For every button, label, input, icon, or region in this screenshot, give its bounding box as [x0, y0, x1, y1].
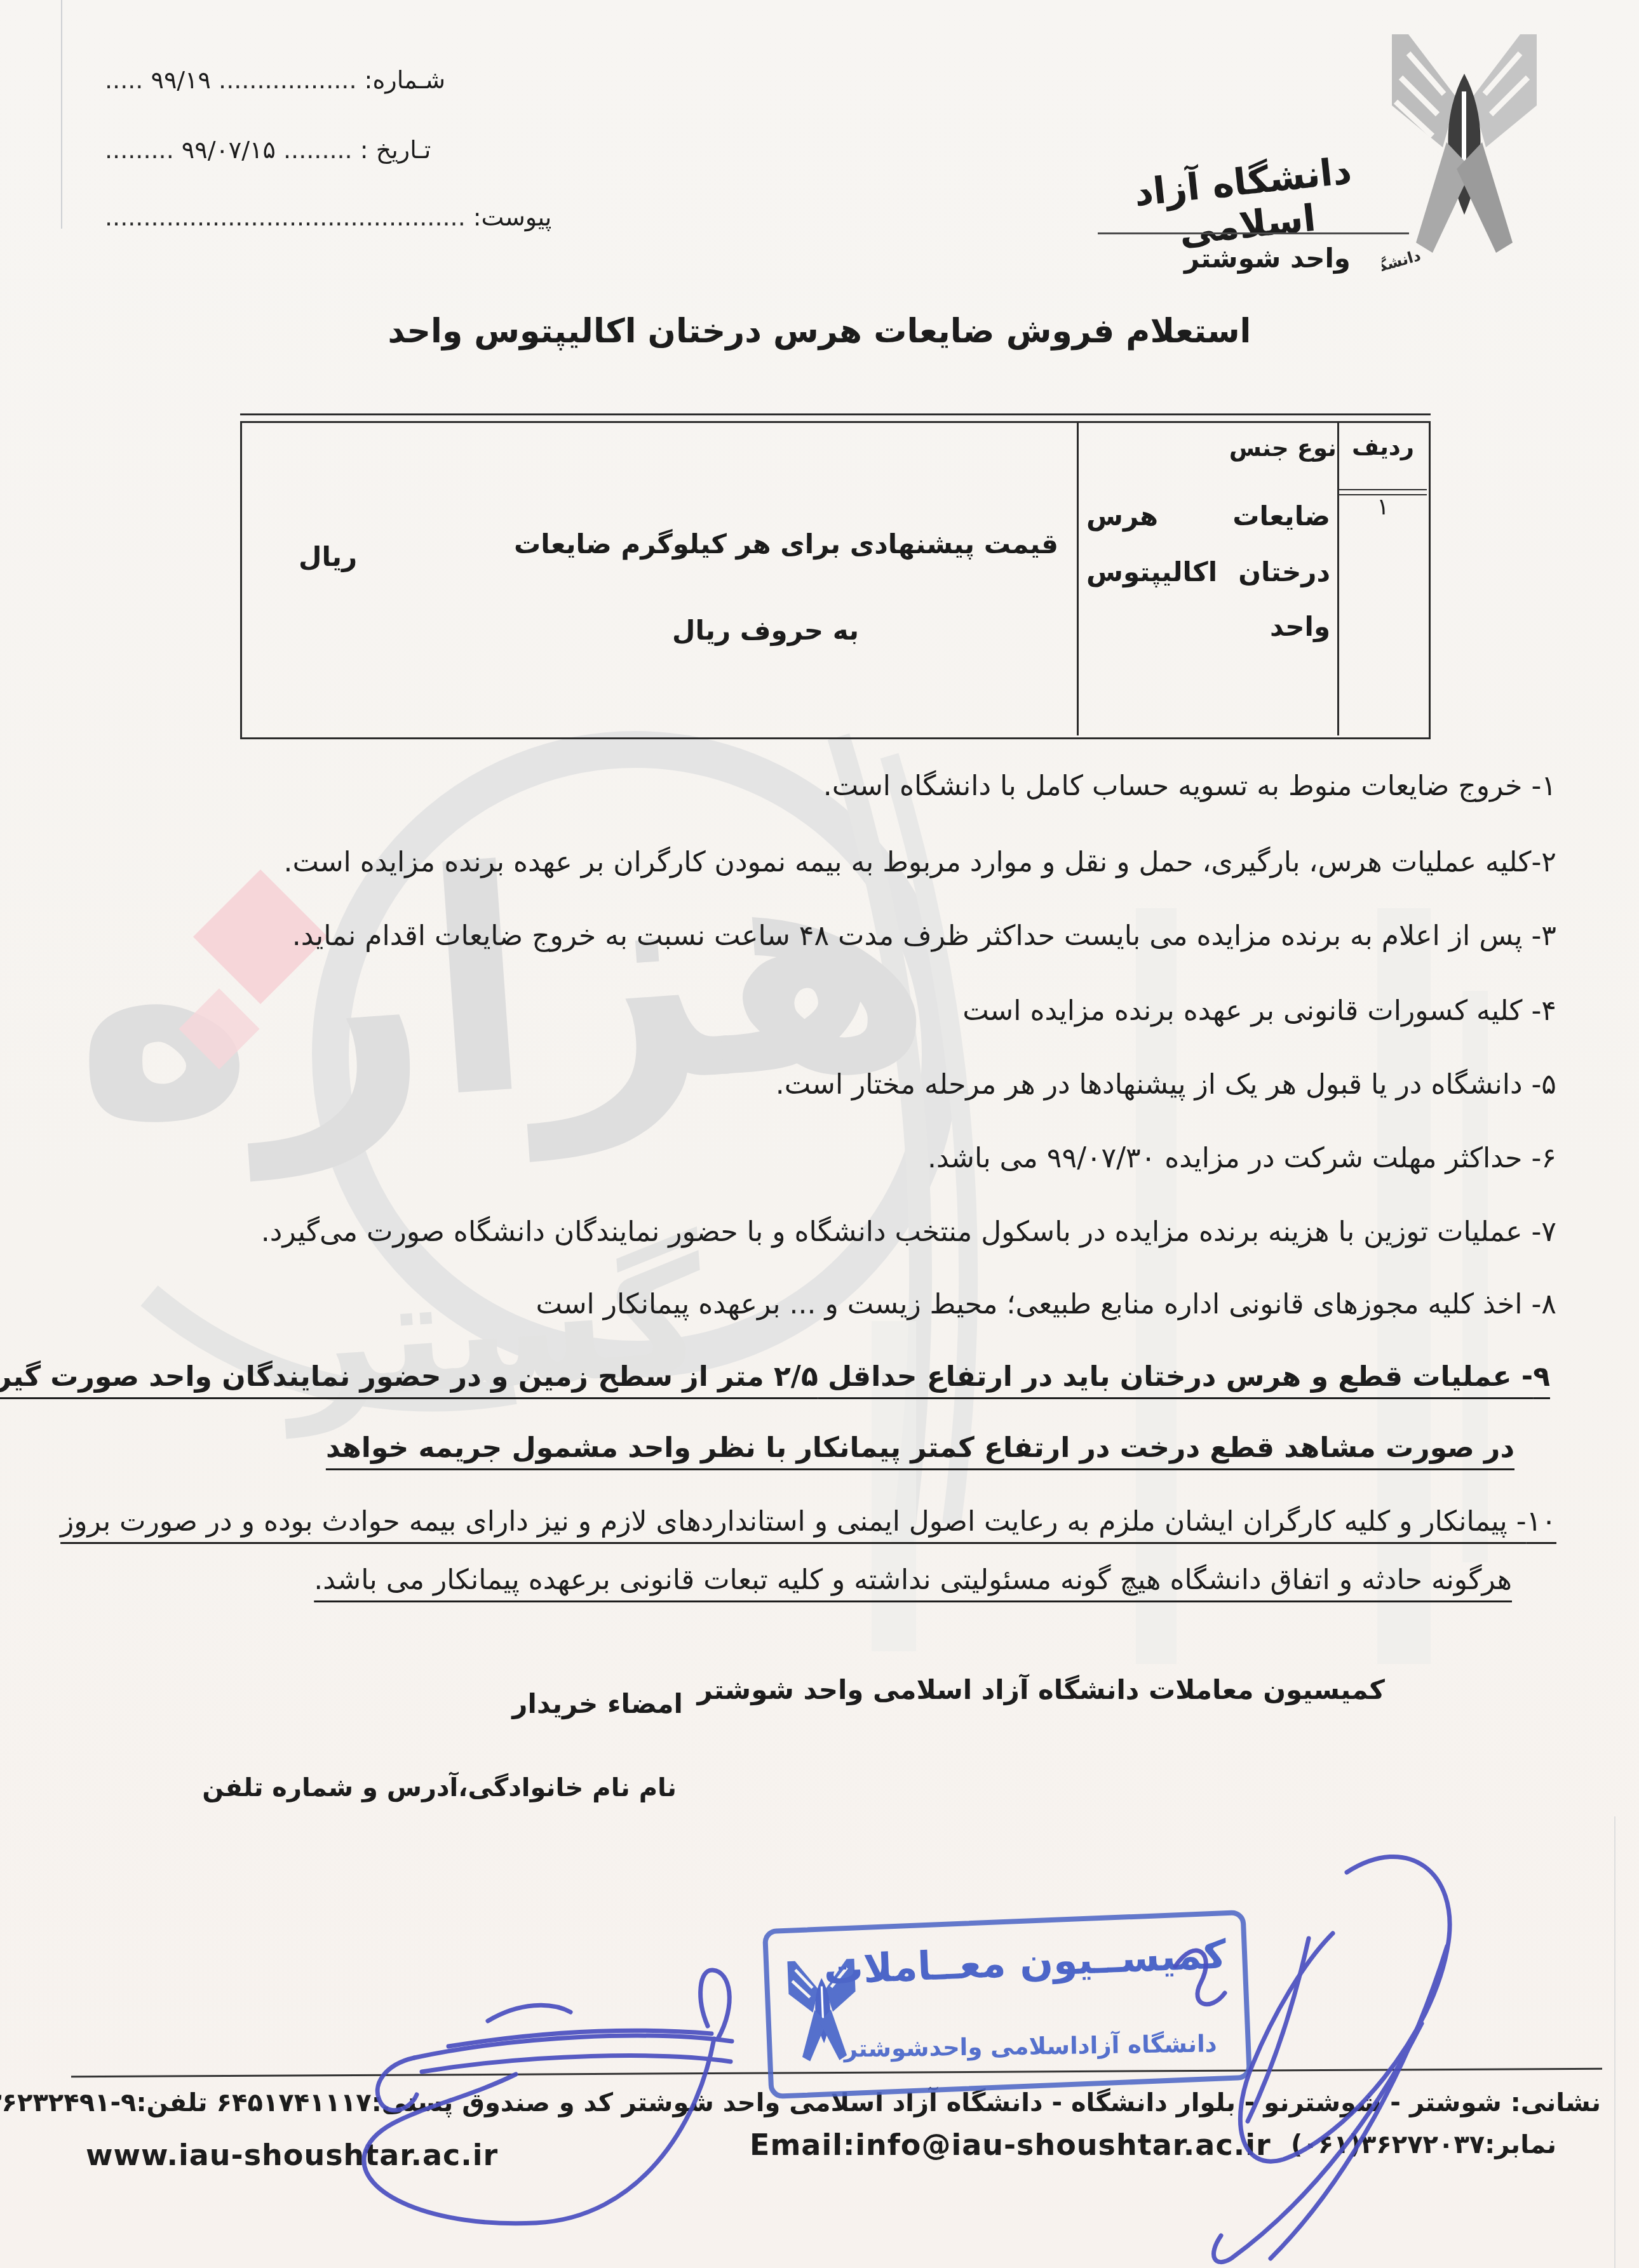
footer-email: Email:info@iau-shoushtar.ac.ir — [750, 2128, 1271, 2162]
meta-date-label: تـاریخ : — [360, 136, 431, 164]
footer-website: www.iau-shoushtar.ac.ir — [86, 2138, 498, 2172]
term-item-9-line-2: در صورت مشاهد قطع درخت در ارتفاع کمتر پی… — [326, 1432, 1514, 1464]
buyer-details-caption: نام نام خانوادگی،آدرس و شماره تلفن — [202, 1773, 677, 1802]
meta-number-dots-b: ..... — [105, 66, 143, 94]
type-word: واحد — [1270, 611, 1330, 642]
term-item-4: ۴- کلیه کسورات قانونی بر عهده برنده مزای… — [962, 995, 1556, 1027]
table-header-type: نوع جنس — [1083, 434, 1337, 462]
meta-number-dots-a: .................. — [219, 66, 356, 94]
term-item-6: ۶- حداکثر مهلت شرکت در مزایده ۹۹/۰۷/۳۰ م… — [927, 1142, 1556, 1174]
svg-text:دانشگاه آزاد اسلامی: دانشگاه آزاد اسلامی — [1382, 246, 1423, 277]
table-outer-top-line — [240, 413, 1431, 415]
footer-fax: نمابر:۳۶۲۷۲۰۳۷(۰۶۱) — [1291, 2130, 1556, 2159]
header-rule — [1098, 232, 1409, 234]
table-vline-type — [1077, 423, 1079, 735]
content-layer: شـماره: .................. ۹۹/۱۹ ..... ت… — [0, 0, 1639, 2268]
meta-date-value: ۹۹/۰۷/۱۵ — [182, 136, 276, 164]
meta-date-dots-a: ......... — [283, 136, 353, 164]
meta-date-dots-b: ......... — [105, 136, 174, 164]
branch-name: واحد شوشتر — [1172, 243, 1363, 274]
term-item-10-line-1: ۱۰- پیمانکار و کلیه کارگران ایشان ملزم ب… — [60, 1505, 1556, 1538]
footer-separator-line — [71, 2068, 1602, 2078]
meta-number-row: شـماره: .................. ۹۹/۱۹ ..... — [105, 66, 445, 94]
table-in-words-label: به حروف ریال — [661, 615, 870, 646]
table-cell-type-row2: درختان اکالیپتوس — [1086, 556, 1330, 587]
table-header-radif: ردیف — [1342, 433, 1424, 460]
buyer-signature-caption: امضاء خریدار — [512, 1688, 683, 1719]
commission-caption: کمیسیون معاملات دانشگاه آزاد اسلامی واحد… — [698, 1674, 1385, 1705]
type-word: ضایعات — [1232, 500, 1330, 532]
type-word: درختان — [1238, 556, 1330, 587]
term-item-2: ۲-کلیه عملیات هرس، بارگیری، حمل و نقل و … — [283, 846, 1556, 878]
term-item-1: ۱- خروج ضایعات منوط به تسویه حساب کامل ب… — [823, 770, 1556, 802]
term-item-5: ۵- دانشگاه در یا قبول هر یک از پیشنهادها… — [776, 1068, 1556, 1101]
term-item-3: ۳- پس از اعلام به برنده مزایده می بایست … — [292, 920, 1556, 952]
term-item-8: ۸- اخذ کلیه مجوزهای قانونی اداره منابع ط… — [536, 1288, 1556, 1320]
meta-attachment-row: پیوست: .................................… — [105, 203, 551, 231]
meta-number-label: شـماره: — [365, 66, 446, 94]
table-vline-radif — [1337, 423, 1339, 735]
term-item-10-line-2: هرگونه حادثه و اتفاق دانشگاه هیچ گونه مس… — [314, 1564, 1512, 1596]
table-cell-type-row3: واحد — [1086, 611, 1330, 642]
table-price-label: قیمت پیشنهادی برای هر کیلوگرم ضایعات — [492, 528, 1080, 560]
term-item-7: ۷- عملیات توزین با هزینه برنده مزایده در… — [261, 1216, 1556, 1248]
radif-header-underline-a — [1339, 489, 1427, 490]
table-cell-row-number: ۱ — [1342, 494, 1424, 520]
document-title: استعلام فروش ضایعات هرس درختان اکالیپتوس… — [254, 312, 1385, 351]
scanned-document-page: هزاره گستر شـماره: .................. ۹۹… — [0, 0, 1639, 2268]
type-word: هرس — [1086, 500, 1158, 532]
university-logo-icon: دانشگاه آزاد اسلامی — [1382, 17, 1547, 277]
meta-attachment-label: پیوست: — [473, 203, 552, 231]
meta-number-value: ۹۹/۱۹ — [151, 66, 211, 94]
type-word: اکالیپتوس — [1086, 556, 1217, 587]
term-item-9-line-1: ۹- عملیات قطع و هرس درختان باید در ارتفا… — [0, 1360, 1550, 1393]
meta-attachment-dots: ........................................… — [105, 203, 466, 231]
table-cell-type-row1: ضایعات هرس — [1086, 500, 1330, 532]
table-currency-label: ریال — [299, 541, 357, 572]
footer-address: نشانی: شوشتر - شوشترنو - بلوار دانشگاه -… — [38, 2088, 1601, 2117]
meta-date-row: تـاریخ : ......... ۹۹/۰۷/۱۵ ......... — [105, 136, 431, 164]
